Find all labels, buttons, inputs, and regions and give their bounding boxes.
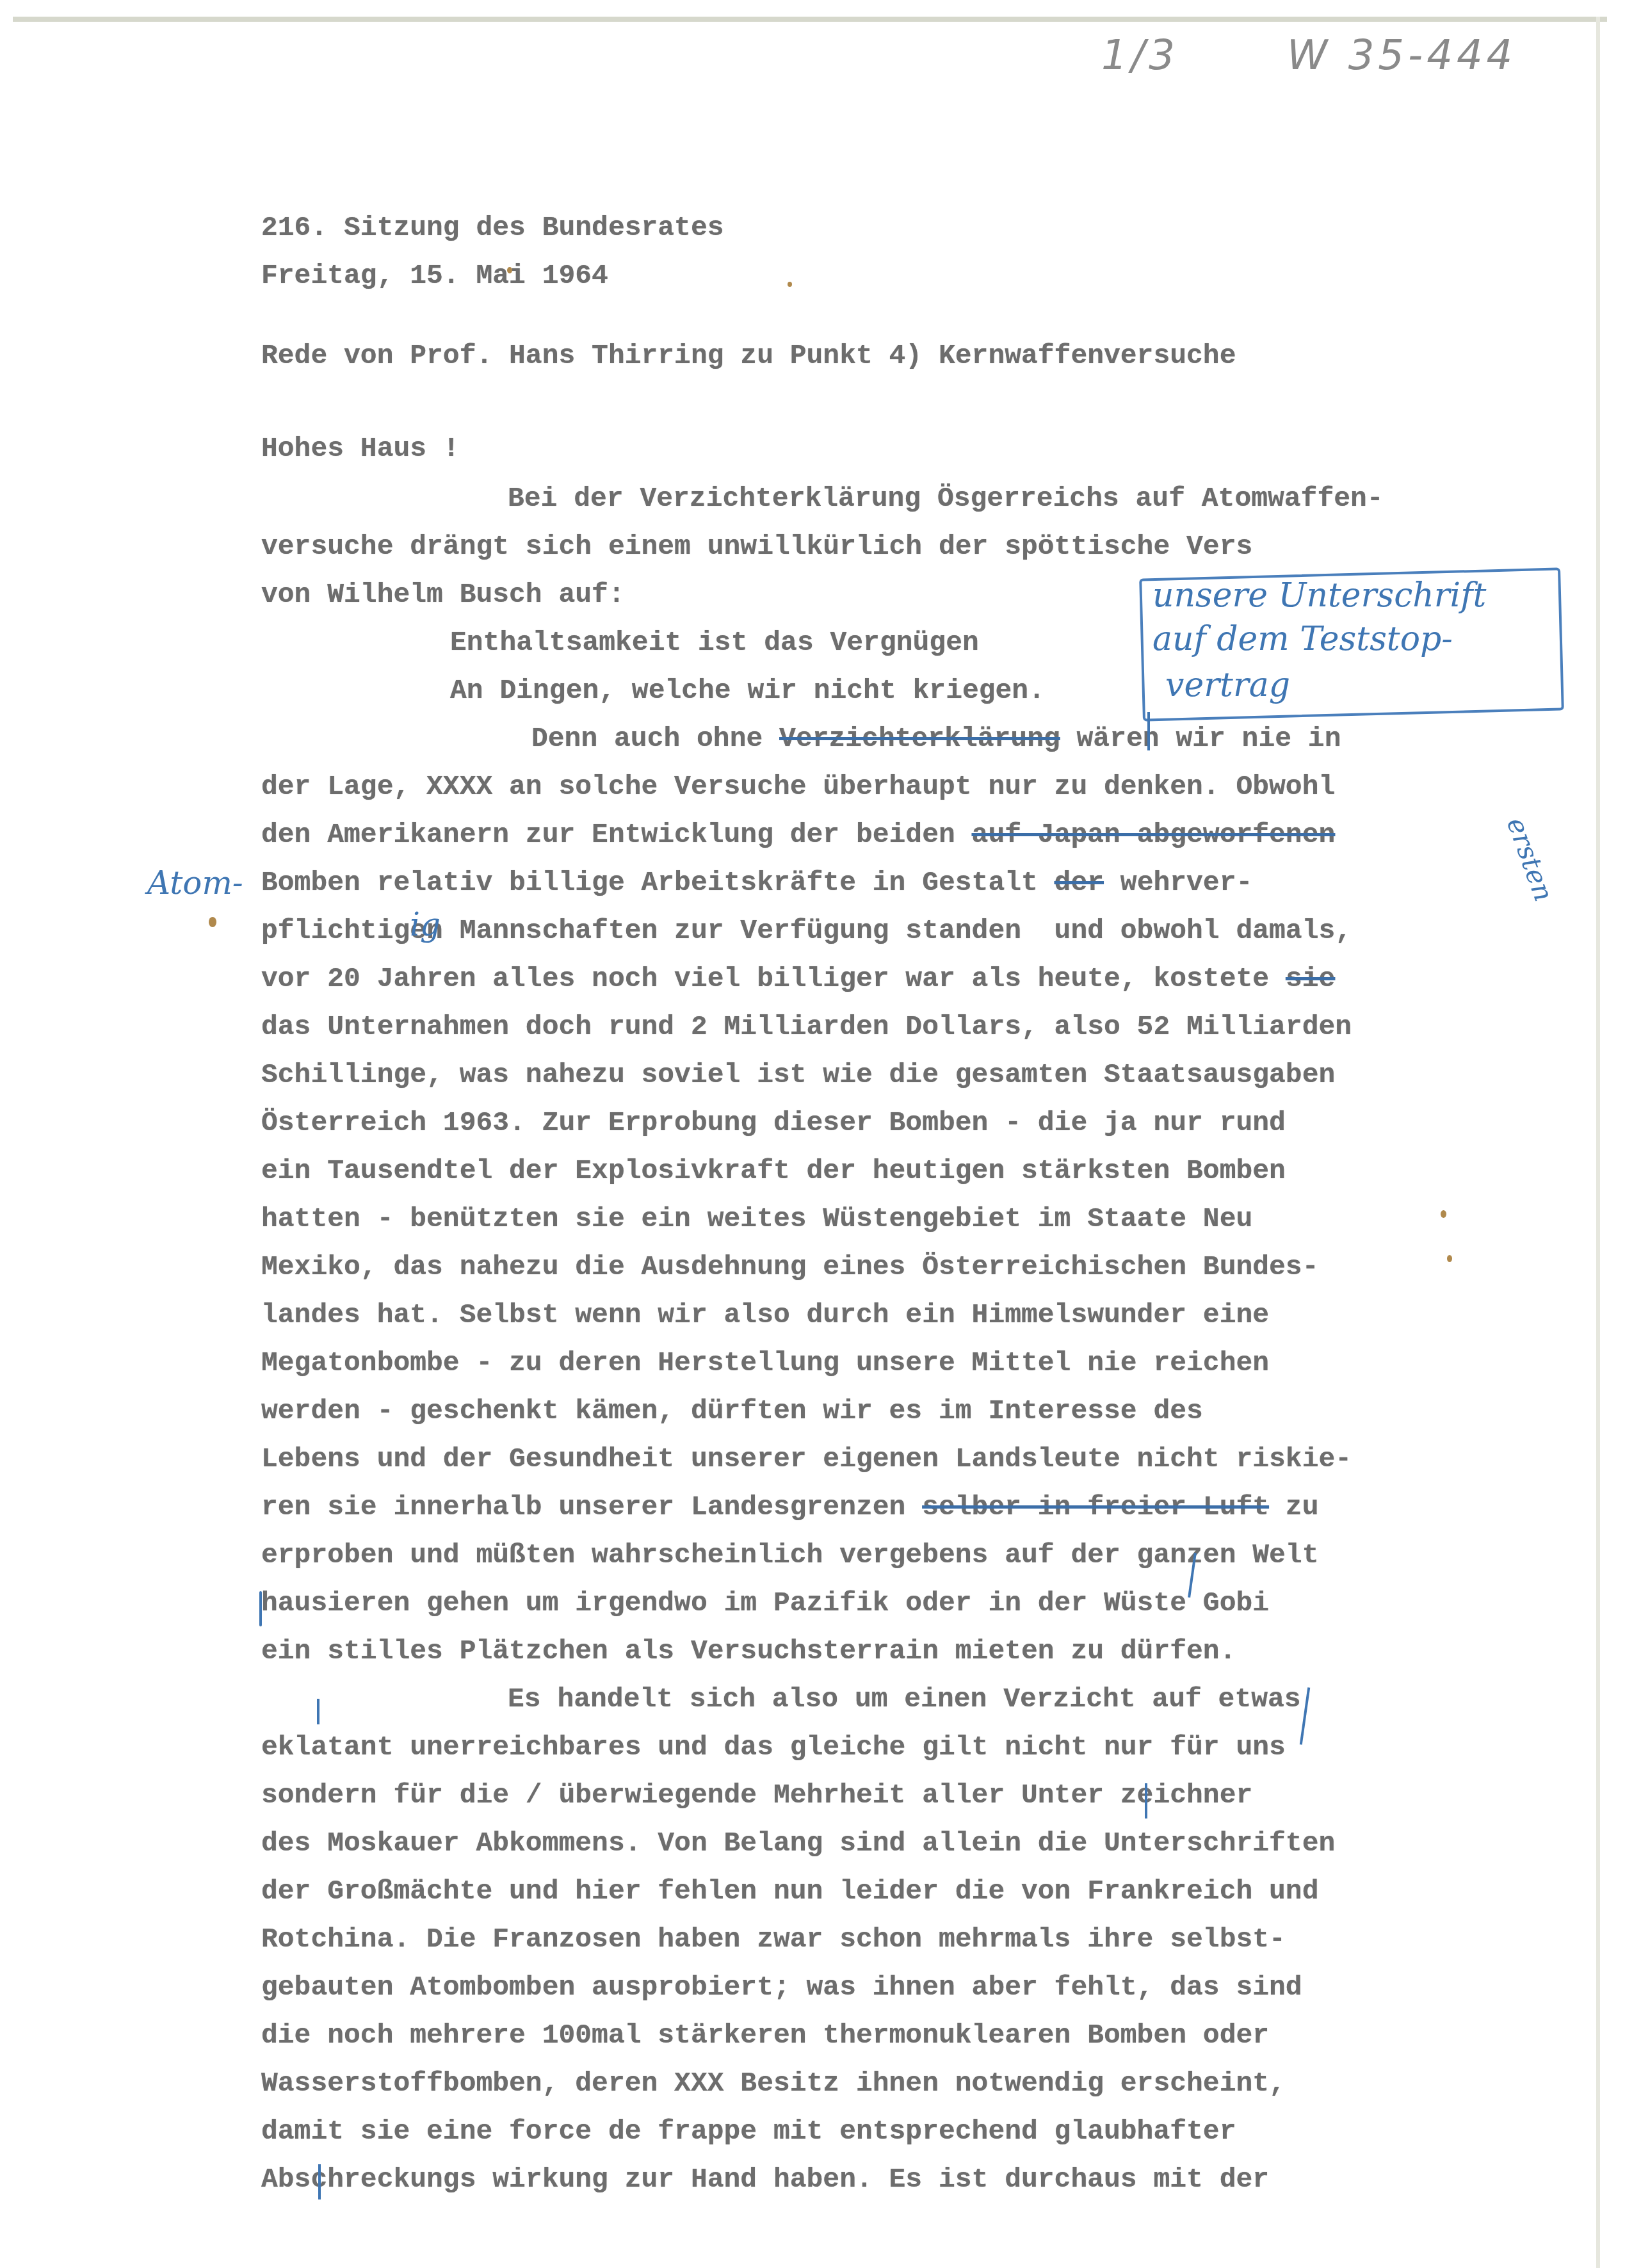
- line-text: Denn auch ohne: [531, 723, 779, 754]
- insertion-mark: [1147, 712, 1150, 750]
- body-line: Schillinge, was nahezu soviel ist wie di…: [261, 1058, 1335, 1092]
- speech-title: Rede von Prof. Hans Thirring zu Punkt 4)…: [261, 339, 1236, 373]
- margin-note-right: ersten: [1501, 813, 1560, 905]
- line-text: zu: [1269, 1491, 1318, 1523]
- body-line: landes hat. Selbst wenn wir also durch e…: [261, 1299, 1269, 1332]
- inserted-correction: ig: [410, 906, 441, 943]
- verse-line: Enthaltsamkeit ist das Vergnügen: [450, 626, 979, 660]
- body-line: das Unternahmen doch rund 2 Milliarden D…: [261, 1010, 1352, 1044]
- paper-right-edge: [1596, 17, 1600, 2268]
- correction-mark: [1300, 1687, 1310, 1745]
- handwritten-note-line: unsere Unterschrift: [1152, 576, 1486, 615]
- session-date: Freitag, 15. Mai 1964: [261, 259, 608, 293]
- line-text: den Amerikanern zur Entwicklung der beid…: [261, 819, 972, 850]
- struck-text: Verzichterklärung: [779, 723, 1060, 754]
- stain-spot: [1447, 1255, 1452, 1262]
- body-line: eklatant unerreichbares und das gleiche …: [261, 1731, 1286, 1764]
- body-line: der Großmächte und hier fehlen nun leide…: [261, 1875, 1318, 1908]
- session-heading: 216. Sitzung des Bundesrates: [261, 211, 724, 245]
- body-line: versuche drängt sich einem unwillkürlich…: [261, 530, 1252, 563]
- page-number-annotation: 1/3: [1101, 32, 1179, 79]
- line-text: vor 20 Jahren alles noch viel billiger w…: [261, 963, 1286, 994]
- line-text: an solche Versuche überhaupt nur zu denk…: [492, 771, 1335, 802]
- body-line: Mexiko, das nahezu die Ausdehnung eines …: [261, 1251, 1318, 1284]
- body-line: den Amerikanern zur Entwicklung der beid…: [261, 818, 1335, 852]
- body-line: die noch mehrere 100mal stärkeren thermo…: [261, 2019, 1269, 2052]
- handwritten-note-line: vertrag: [1165, 666, 1290, 704]
- correction-mark: [259, 1591, 262, 1626]
- line-text: wären wir nie in: [1077, 723, 1341, 754]
- stain-spot: [209, 917, 216, 927]
- body-line: erproben und müßten wahrscheinlich verge…: [261, 1539, 1318, 1572]
- body-line: ein Tausendtel der Explosivkraft der heu…: [261, 1154, 1286, 1188]
- xed-out-text: XXXX: [426, 771, 492, 802]
- line-text: Bomben relativ billige Arbeitskräfte in …: [261, 867, 1055, 898]
- body-line: Rotchina. Die Franzosen haben zwar schon…: [261, 1923, 1286, 1956]
- margin-note-left: Atom-: [147, 864, 243, 902]
- body-line: hausieren gehen um irgendwo im Pazifik o…: [261, 1587, 1269, 1620]
- salutation: Hohes Haus !: [261, 432, 460, 466]
- correction-mark: [1145, 1783, 1147, 1818]
- body-line: Es handelt sich also um einen Verzicht a…: [508, 1683, 1301, 1716]
- body-line: von Wilhelm Busch auf:: [261, 578, 625, 612]
- line-text: der Lage,: [261, 771, 426, 802]
- body-line: gebauten Atombomben ausprobiert; was ihn…: [261, 1971, 1302, 2004]
- body-line: des Moskauer Abkommens. Von Belang sind …: [261, 1827, 1335, 1860]
- body-line: Österreich 1963. Zur Erprobung dieser Bo…: [261, 1106, 1286, 1140]
- body-line: ren sie innerhalb unserer Landesgrenzen …: [261, 1491, 1318, 1524]
- handwritten-note-line: auf dem Teststop-: [1152, 620, 1453, 658]
- body-line: Bomben relativ billige Arbeitskräfte in …: [261, 866, 1252, 900]
- paper-top-edge: [13, 17, 1607, 22]
- body-line: Denn auch ohne Verzichterklärung wären w…: [531, 722, 1341, 756]
- body-line: Wasserstoffbomben, deren XXX Besitz ihne…: [261, 2067, 1286, 2100]
- stain-spot: [1441, 1210, 1446, 1218]
- line-text: ren sie innerhalb unserer Landesgrenzen: [261, 1491, 922, 1523]
- body-line: Abschreckungs wirkung zur Hand haben. Es…: [261, 2163, 1269, 2196]
- body-line: Lebens und der Gesundheit unserer eigene…: [261, 1443, 1352, 1476]
- body-line: ein stilles Plätzchen als Versuchsterrai…: [261, 1635, 1236, 1668]
- stain-spot: [788, 282, 792, 287]
- body-line: damit sie eine force de frappe mit entsp…: [261, 2115, 1236, 2148]
- struck-text: sie: [1286, 963, 1335, 994]
- struck-text: selber in freier Luft: [922, 1491, 1269, 1523]
- line-text: wehrver-: [1104, 867, 1252, 898]
- stain-spot: [507, 267, 512, 273]
- struck-text: der: [1055, 867, 1104, 898]
- verse-line: An Dingen, welche wir nicht kriegen.: [450, 674, 1045, 708]
- struck-text: auf Japan abgeworfenen: [972, 819, 1336, 850]
- body-line: Bei der Verzichterklärung Ösgerreichs au…: [508, 482, 1384, 515]
- body-line: vor 20 Jahren alles noch viel billiger w…: [261, 962, 1335, 996]
- body-line: der Lage, XXXX an solche Versuche überha…: [261, 770, 1335, 804]
- body-line: hatten - benützten sie ein weites Wüsten…: [261, 1203, 1252, 1236]
- body-line: sondern für die / überwiegende Mehrheit …: [261, 1779, 1252, 1812]
- correction-mark: [317, 1699, 319, 1724]
- archive-reference-annotation: W 35-444: [1287, 32, 1516, 79]
- correction-mark: [318, 2164, 321, 2199]
- body-line: werden - geschenkt kämen, dürften wir es…: [261, 1395, 1203, 1428]
- body-line: Megatonbombe - zu deren Herstellung unse…: [261, 1347, 1269, 1380]
